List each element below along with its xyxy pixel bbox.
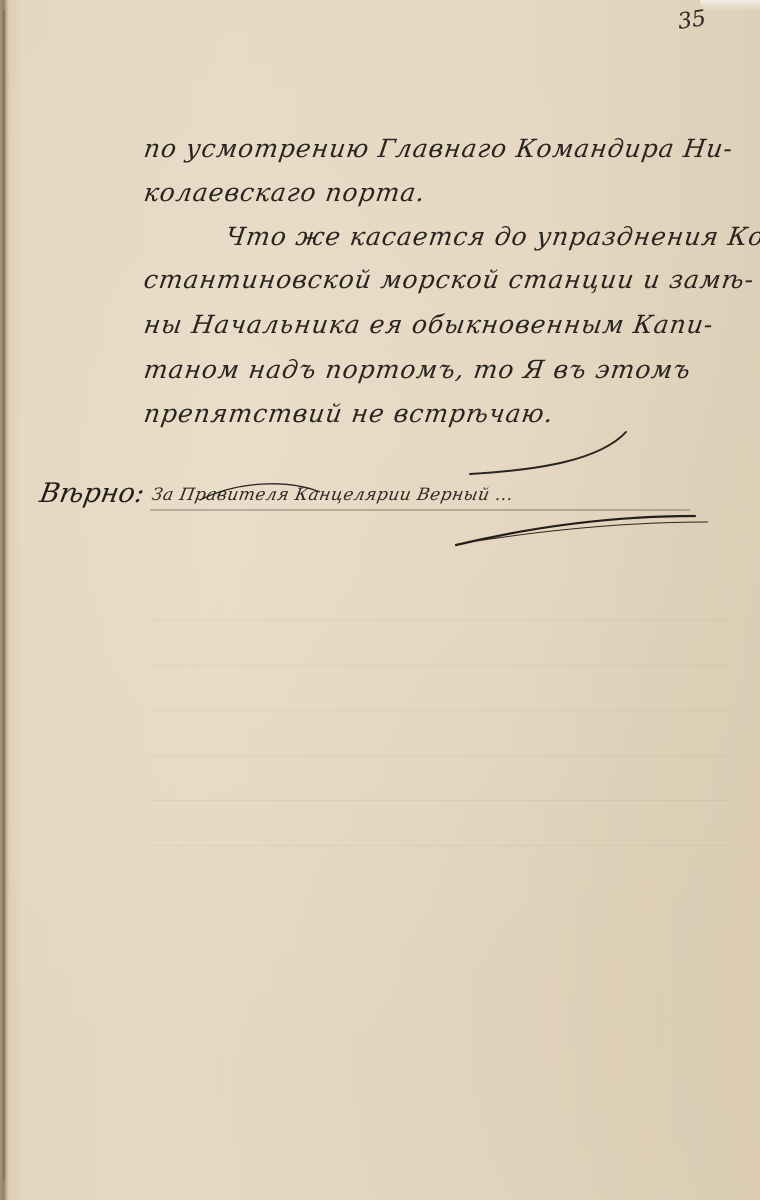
signature-block: Вѣрно: За Правителя Канцелярии Верный ..…	[40, 470, 720, 560]
document-page: 35 по усмотрению Главнаго Командира Ни- …	[0, 0, 760, 1200]
show-through-line	[150, 665, 730, 666]
show-through-line	[150, 800, 730, 801]
show-through-line	[150, 620, 730, 621]
show-through-line	[150, 845, 730, 846]
show-through-line	[150, 755, 730, 756]
signature-underline-flourish-icon	[40, 470, 720, 560]
show-through-line	[150, 710, 730, 711]
